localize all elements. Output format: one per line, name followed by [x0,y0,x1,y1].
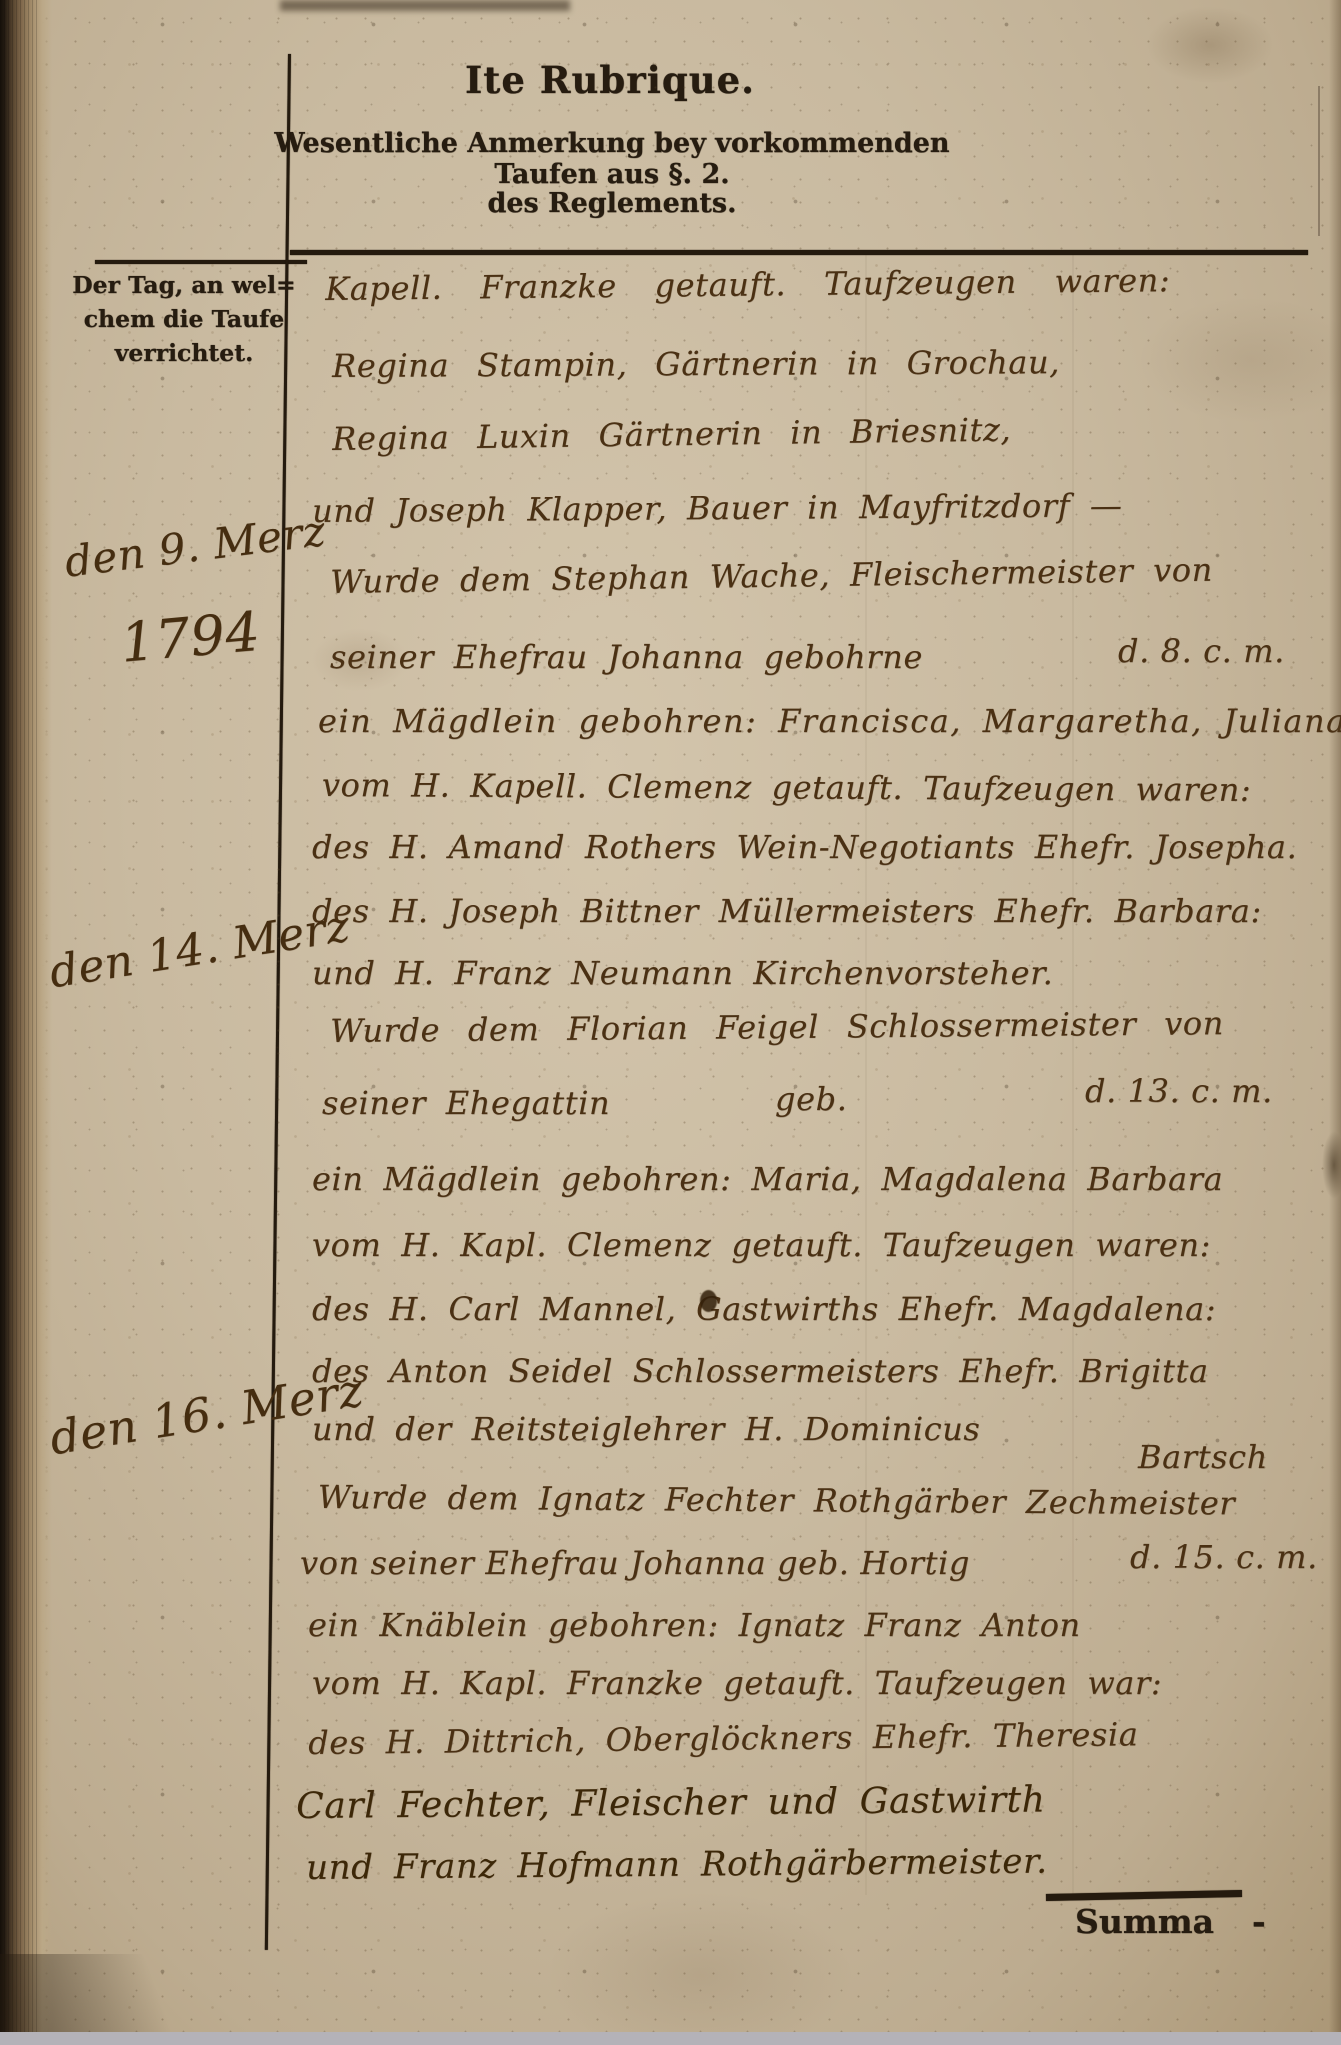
marginal-date-note: d. 8. c. m. [1118,632,1285,670]
rubric-title: Ite Rubrique. [300,58,920,102]
summa-value: - [1252,1902,1266,1941]
date-column-header-line3: verrichtet. [60,336,308,370]
manuscript-word: Bartsch [1138,1438,1268,1476]
manuscript-line: des H. Joseph Bittner Müllermeisters Ehe… [312,892,1262,930]
header-horizontal-rule [290,250,1308,255]
manuscript-line: und H. Franz Neumann Kirchenvorsteher. [312,954,1053,992]
rubric-subtitle-line1: Wesentliche Anmerkung bey vorkommenden T… [262,128,962,190]
marginal-date-note: d. 15. c. m. [1130,1538,1318,1576]
manuscript-line: des H. Carl Mannel, Gastwirths Ehefr. Ma… [312,1290,1216,1328]
manuscript-line: Wurde dem Ignatz Fechter Rothgärber Zech… [318,1478,1236,1522]
marginal-date-note: d. 13. c. m. [1085,1072,1273,1110]
manuscript-line: Regina Luxin Gärtnerin in Briesnitz, [332,411,1011,458]
baptism-date-year: 1794 [118,600,263,675]
scanned-register-page: Ite Rubrique. Wesentliche Anmerkung bey … [0,0,1341,2045]
rubric-subtitle-line2: des Reglements. [262,188,962,219]
date-column-header-line1: Der Tag, an wel= [60,268,308,302]
top-edge-smudge [280,0,570,11]
summa-label: Summa [1075,1902,1214,1941]
stacked-page-edges [4,0,38,2032]
manuscript-line: des H. Amand Rothers Wein-Negotiants Ehe… [312,828,1297,866]
summa-rule [1046,1890,1242,1901]
manuscript-line: seiner Ehefrau Johanna gebohrne [330,638,923,676]
paper-crease [1072,255,1074,1895]
baptism-date-day: den 9. Merz [62,506,328,587]
manuscript-line: Kapell. Franzke getauft. Taufzeugen ware… [325,261,1170,308]
date-column-header: Der Tag, an wel= chem die Taufe verricht… [60,268,308,370]
manuscript-line: ein Mägdlein gebohren: Maria, Magdalena … [312,1160,1223,1198]
manuscript-line: des H. Dittrich, Oberglöckners Ehefr. Th… [308,1715,1139,1762]
ink-blot [700,1290,717,1312]
baptism-date-day: den 14. Merz [46,901,353,999]
bottom-left-page-curl [0,1954,250,2032]
page-right-edge [1329,0,1341,2032]
manuscript-line: vom H. Kapl. Clemenz getauft. Taufzeugen… [312,1226,1211,1264]
manuscript-line: und Joseph Klapper, Bauer in Mayfritzdor… [312,486,1123,530]
manuscript-line: Wurde dem Stephan Wache, Fleischermeiste… [330,551,1213,601]
register-page: Ite Rubrique. Wesentliche Anmerkung bey … [0,0,1341,2032]
manuscript-line: und der Reitsteiglehrer H. Dominicus [312,1410,980,1448]
manuscript-line: ein Mägdlein gebohren: Francisca, Margar… [318,702,1341,740]
date-column-top-rule [95,260,307,264]
manuscript-line: vom H. Kapell. Clemenz getauft. Taufzeug… [322,766,1252,809]
manuscript-line: Regina Stampin, Gärtnerin in Grochau, [332,343,1060,385]
right-margin-faint-line [1318,86,1320,236]
manuscript-line: vom H. Kapl. Franzke getauft. Taufzeugen… [312,1664,1162,1702]
manuscript-line: und Franz Hofmann Rothgärbermeister. [306,1842,1048,1888]
manuscript-line: ein Knäblein gebohren: Ignatz Franz Anto… [308,1606,1081,1644]
manuscript-word: geb. [775,1080,847,1118]
paper-crease [865,255,867,1895]
manuscript-line: von seiner Ehefrau Johanna geb. Hortig [300,1544,970,1582]
manuscript-line: seiner Ehegattin [322,1084,610,1122]
manuscript-line: des Anton Seidel Schlossermeisters Ehefr… [312,1352,1209,1390]
date-column-header-line2: chem die Taufe [60,302,308,336]
manuscript-line: Carl Fechter, Fleischer und Gastwirth [296,1779,1046,1827]
manuscript-line: Wurde dem Florian Feigel Schlossermeiste… [330,1004,1224,1050]
